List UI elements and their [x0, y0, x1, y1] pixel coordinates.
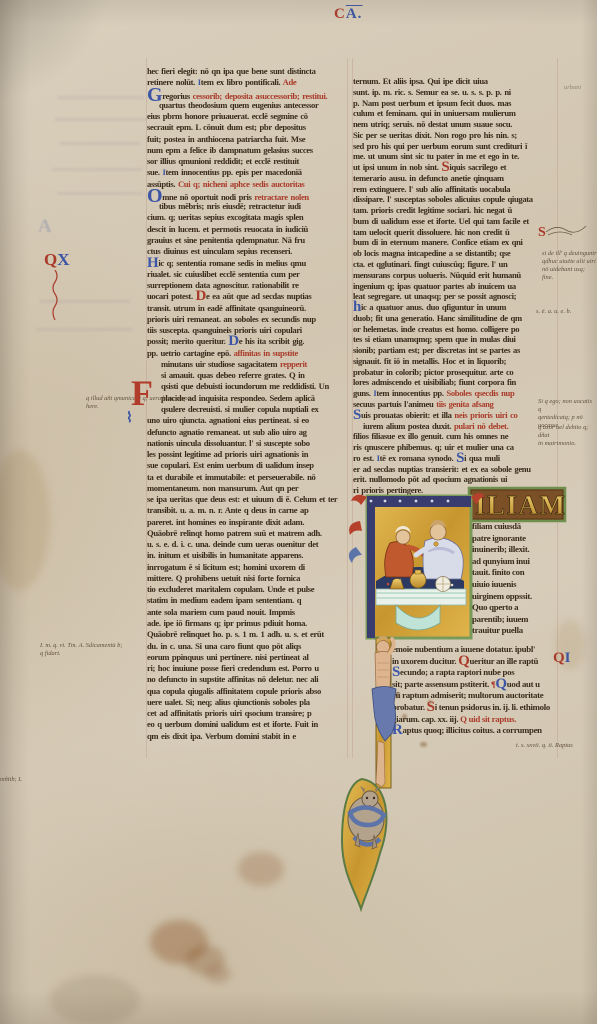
text-line: p. Nam post uerbum et ipsum fecit duos. … [353, 98, 559, 109]
text-line: ternum. Et aliis ipsa. Qui ipe dicit uiu… [353, 76, 559, 87]
text-line: ta et durabile et immutabile: et perseue… [147, 472, 349, 483]
text-line: ut ipsi unum in nob sint. Siquis sacrile… [353, 162, 559, 173]
text-line: quartus theodosium quem eugenius anteces… [147, 100, 349, 111]
initial-f-letter: F [131, 373, 153, 413]
ciborium [410, 572, 426, 588]
bleedthrough [55, 118, 147, 121]
text-line: sue copulari. Est enim uerbum di ualidum… [147, 460, 349, 471]
gold-clasp [434, 542, 438, 546]
text-column-right: ternum. Et aliis ipsa. Qui ipe dicit uiu… [353, 76, 559, 496]
quire-letter-a: A. [346, 6, 363, 22]
text-line: ctus diuinus est uinculam sepius recense… [147, 246, 349, 257]
stain [205, 965, 231, 983]
qx-q: Q [44, 250, 57, 269]
text-line: duob; fit una generatio. Hanc similitudi… [353, 313, 559, 324]
margin-rubric-s: S [538, 224, 588, 241]
marginal-gloss: s. ē. a. u. e. b. [536, 308, 591, 316]
text-line: transit. utrum in eadē affinitate qsangu… [147, 303, 349, 314]
text-line: hic a quatuor anus. duo qfiguntur in unu… [353, 302, 559, 313]
text-line: defuncto agnatio remaneat. ut sub alio u… [147, 427, 349, 438]
bleedthrough [58, 192, 142, 195]
text-line: ob locis magna intcapedine a se distanti… [353, 248, 559, 259]
initial-f-flourish: ⌇ [126, 404, 133, 434]
text-line: eius pbrm honore priuauerat. ecclē segmi… [147, 111, 349, 122]
text-line: retinere nolūt. Item ex libro pontifical… [147, 77, 349, 88]
quire-mark: CA. [334, 6, 362, 23]
text-line: surreptionem data agnoscitur. rationabil… [147, 280, 349, 291]
text-line: si amauit. quas debeo referre grates. Q … [147, 370, 349, 381]
descender [342, 636, 396, 909]
text-line: riualet. sic cuiuslibet ecclē sententia … [147, 269, 349, 280]
text-line: tibus mēbris; nris eiusdē; retractetur i… [147, 201, 349, 212]
bleedthrough [36, 328, 132, 331]
pen-flourish [50, 270, 60, 322]
text-line: ingenium q; ipas quatuor partes ab inuic… [353, 281, 559, 292]
text-line: me. ut unum sint sic tu pater in me et e… [353, 151, 559, 162]
text-line: descit in lucem. et permotis reuocata in… [147, 224, 349, 235]
text-line: Quāobrē relinqt homo patrem suū et matre… [147, 528, 349, 539]
text-line: qua copula qiugalis affinitatem copule p… [147, 686, 349, 697]
text-line: Quāobrē relinquet ho. p. s. 1 m. 1 adh. … [147, 629, 349, 640]
text-line: cet ad affinitatis prioris uiri qsocium … [147, 708, 349, 719]
gold-word-band: ILIAM [469, 488, 567, 521]
text-line: Hic q; sententia romane sedis in melius … [147, 258, 349, 269]
text-line: minutans uir studiose sagacitatem repper… [147, 359, 349, 370]
text-line: bum di in eternum manere. Confice etiam … [353, 237, 559, 248]
pen-initial-f: F ⌇ [131, 378, 153, 408]
margin-mark-qx: QX [44, 250, 70, 322]
text-line: uocari potest. De ea aūt que ad secdas n… [147, 291, 349, 302]
text-line: se ipa ueritas que deus est: et uiuum di… [147, 494, 349, 505]
text-line: sionib; partiam est; per discretas int s… [353, 345, 559, 356]
text-line: bum di ualidum esse et iforte. Uel qui t… [353, 216, 559, 227]
text-line: tiis suscepta. qsanguineis prioris uiri … [147, 325, 349, 336]
initial-frame [349, 493, 485, 638]
text-line: pp. uetrio cartagine epō. affinitas in s… [147, 348, 349, 359]
bleedthrough [60, 142, 140, 145]
text-line: assūptis. Cui q; nicheni aphce sedis auc… [147, 179, 349, 190]
text-line: or helemetas. inde creatus est homo. col… [353, 324, 559, 335]
qx-x: X [57, 250, 69, 269]
text-line: ro est. Itē ex romana synodo. Si qua mul… [353, 453, 559, 464]
text-line: possit; merito queritur. De his ita scri… [147, 336, 349, 347]
blue-side-hook [349, 547, 362, 563]
text-line: cium. q; ueritas sepius excogitata magis… [147, 212, 349, 223]
text-line: fuit; postea in anthiocena patriarcha fu… [147, 134, 349, 145]
marginal-gloss: mñtib; L [0, 776, 60, 784]
text-line: Omne nō oportuit nodi pris retractare no… [147, 190, 349, 201]
text-line: nem utriq; seruis. nō destat unum suaue … [353, 119, 559, 130]
text-line: hec fieri elegit: nō qn ipa que bene sun… [147, 66, 349, 77]
text-line: secrauit epm. L cōnuit dum est; pbr depo… [147, 122, 349, 133]
text-line: eo q uerbum domini ualidum est et iforte… [147, 719, 349, 730]
text-line: statim in medium eadem ipam sententiam. … [147, 595, 349, 606]
stain [50, 975, 140, 1024]
text-line: qm eis dixit ipa. Verbum domini stabit i… [147, 731, 349, 742]
text-line: probatur in colorib; pictor prosequitur.… [353, 367, 559, 378]
text-line: no defuncto in supstite affinitas nō del… [147, 674, 349, 685]
bleedthrough [52, 168, 142, 171]
text-line: sor illius qmunioni reddidit; et ecclē r… [147, 156, 349, 167]
text-line: Sic per se ueritas dixit. Non rogo pro h… [353, 130, 559, 141]
text-line: grauius et sine penitentia qdempnatur. N… [147, 235, 349, 246]
text-line: uere ualet. Si; neq; alius qiunctionis s… [147, 697, 349, 708]
stain [238, 852, 284, 886]
marginal-gloss: si de ill' q deuinguntr qdhuc uiuēte ali… [542, 250, 597, 282]
rubric-s-letter: S [538, 225, 546, 240]
text-line: sed pro his qui per uerbum eorum sunt cr… [353, 141, 559, 152]
text-line: transibit. u. a. m. n. r. Ante q deus in… [147, 505, 349, 516]
text-line: tam. prioris credit legitime sociari. hi… [353, 205, 559, 216]
text-line: nationis uincula dissoluantur. l' si sus… [147, 438, 349, 449]
text-line: qsisti que debuisti iocundorum me reddid… [147, 381, 349, 392]
text-line: Suis prouatas obierit: et illa neis prio… [353, 410, 559, 421]
text-line: pareret. int homines eo inspirante dixit… [147, 517, 349, 528]
text-line: temerario ausu. in defuncto anetie qinqu… [353, 173, 559, 184]
red-side-hook [349, 521, 362, 535]
text-line: culum et feminam. qui in uniuersam mulie… [353, 108, 559, 119]
pen-flourish [546, 224, 588, 236]
gold-word-iliam: ILIAM [475, 490, 567, 520]
text-line: tio excluderet maritalem copulam. Unde e… [147, 584, 349, 595]
text-line: dissipare. l' susceptas soboles alicuius… [353, 194, 559, 205]
red-corner-hook [351, 495, 367, 505]
text-line: eorum ppinquus uni pertinere. nisi perti… [147, 652, 349, 663]
text-line: ri; hoc inuiune posse fieri credendum es… [147, 663, 349, 674]
marginal-gloss: urbani [564, 84, 596, 92]
ghost-letter-a: A [38, 216, 52, 238]
text-line: mensurans corpus uolueris. Nūquid erit h… [353, 270, 559, 281]
text-line: ante sola mariem cum paud nouit. Impmis [147, 607, 349, 618]
text-line: sunt. ip. m. ric. s. Semur ea se. u. s. … [353, 87, 559, 98]
text-line: inrrogatum ē si licitum est; homini uxor… [147, 562, 349, 573]
text-line: filios filiasue ex illo genuit. cum his … [353, 431, 559, 442]
text-line: momentaneum. non mansurum. Aut qn per [147, 483, 349, 494]
text-line: signauit. fit iō in metallis. Hoc et in … [353, 356, 559, 367]
text-line: leat segregare. ut unaqsq; per se possit… [353, 291, 559, 302]
text-line: mittere. Q prohibens uetuit nisi forte f… [147, 573, 349, 584]
bleedthrough [58, 96, 144, 99]
text-line: cta. et qglutinari. fingt cuiuscūq; figu… [353, 259, 559, 270]
marginal-gloss: q uxor uel debito q; dñat in matrimonio. [538, 424, 596, 448]
text-line: tam uelocit querit dissoluere. hic non c… [353, 227, 559, 238]
text-line: iurem alium postea duxit. pulari nō debe… [353, 421, 559, 432]
text-line: lores admiscendo et uisibiliab; fiunt co… [353, 377, 559, 388]
text-line: rem extinguere. l' sub alio affinitatis … [353, 184, 559, 195]
text-line: uno uiro qiuncta. agnationi eius pertine… [147, 415, 349, 426]
text-line: u. s. e. d. i. c. una. deinde cum ueras … [147, 539, 349, 550]
text-line: Gregorius cessorib; deposita asuccessori… [147, 89, 349, 100]
text-line: du. in c. una. Si una caro fiunt quo pōt… [147, 641, 349, 652]
text-line: num epm a felice ib dampnatum gelasius s… [147, 145, 349, 156]
text-line: guns. Item innocentius pp. Soboles qsecd… [353, 388, 559, 399]
text-line: prioris uiri remaneat. an soboles ex sec… [147, 314, 349, 325]
text-line: in. initum et uisibilis in humanitate ap… [147, 550, 349, 561]
text-line: tes si etiam unamqmq; spem que in mulas … [353, 334, 559, 345]
marginal-gloss: I. m. q. vi. Tm. A. Sdicamentū b; q fida… [40, 642, 150, 658]
text-line: les possint legitime ad prioris uiri agn… [147, 449, 349, 460]
manuscript-page: CA. A QX S QI q illud añt qmunicant q; u… [0, 0, 597, 1024]
text-line: ade. ipe iō firmans q; ipr primus pdiuit… [147, 618, 349, 629]
quire-letter-c: C [334, 6, 346, 22]
historiated-initial: ILIAM [330, 481, 575, 921]
text-line: secuus partuis l'animeu tiis genita afsa… [353, 399, 559, 410]
text-line: sue. Item innocentius pp. epis per maced… [147, 167, 349, 178]
stain [0, 450, 50, 590]
